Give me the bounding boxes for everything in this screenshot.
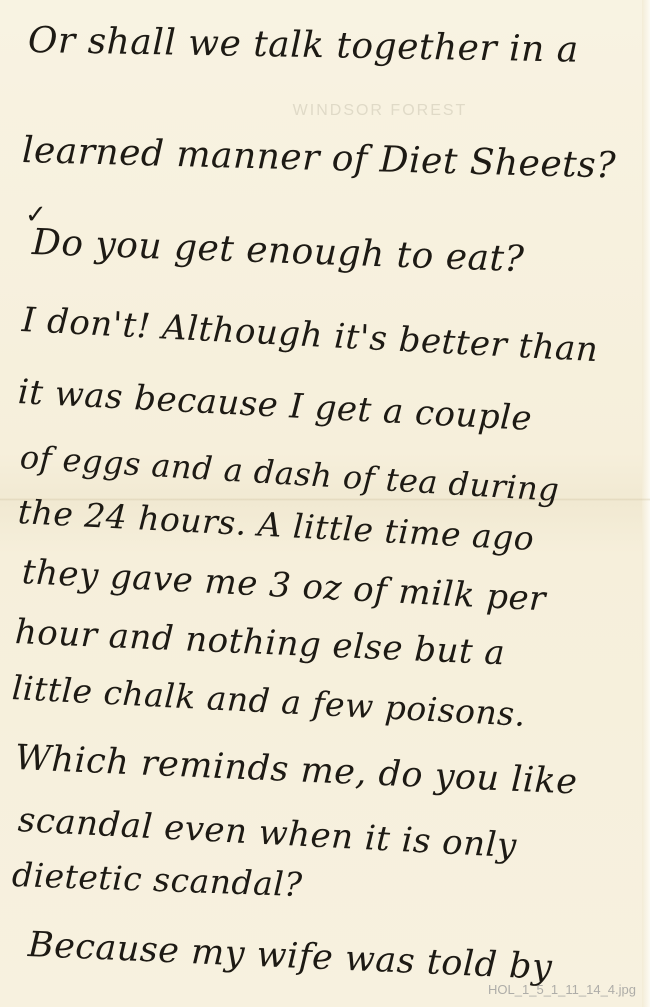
letter-line: Or shall we talk together in a [28,20,579,71]
letter-page: WINDSOR FOREST Or shall we talk together… [0,0,650,1007]
letter-line: Because my wife was told by [27,925,553,988]
letterhead-line-2: WINDSOR FOREST [250,100,510,122]
letter-line: Which reminds me, do you like [14,738,578,803]
letter-line: I don't! Although it's better than [21,300,599,370]
letter-line: hour and nothing else but a [14,612,506,673]
letter-line: learned manner of Diet Sheets? [21,130,616,187]
letter-line: it was because I get a couple [17,372,533,439]
letter-line: they gave me 3 oz of milk per [21,552,547,619]
letter-line: scandal even when it is only [17,800,518,866]
page-edge [642,0,650,1007]
filename-watermark: HOL_1_5_1_11_14_4.jpg [488,982,636,997]
letter-line: dietetic scandal? [11,855,303,904]
letter-line: Do you get enough to eat? [31,222,525,280]
letter-line: little chalk and a few poisons. [11,668,527,734]
faint-letterhead: WINDSOR FOREST [250,100,510,122]
